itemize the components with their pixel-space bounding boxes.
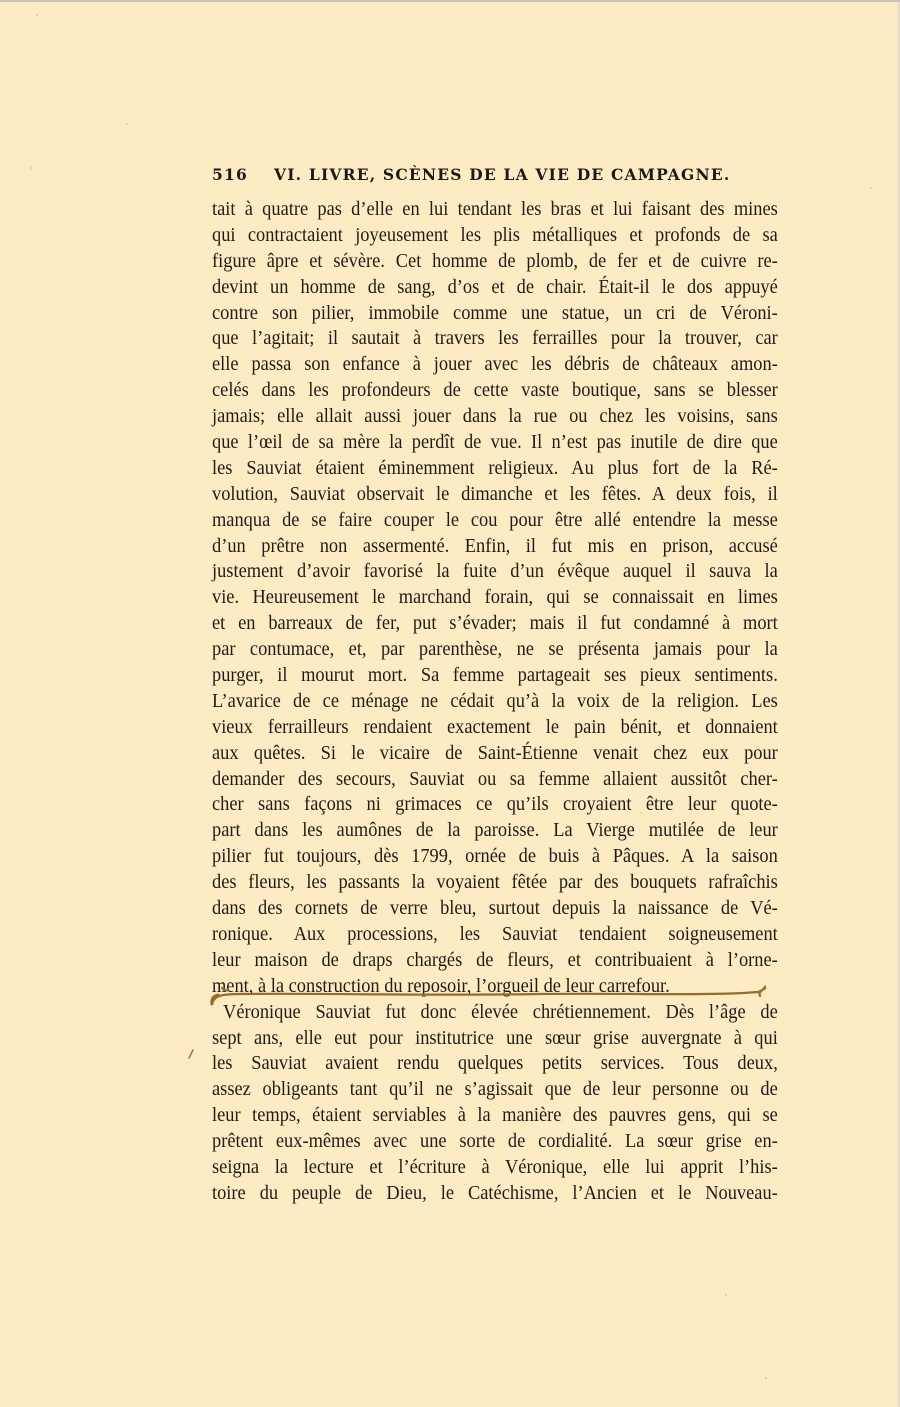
text-line: purger, il mourut mort. Sa femme partage… (212, 663, 778, 689)
text-line: manqua de se faire couper le cou pour êt… (212, 508, 778, 534)
text-line: celés dans les profondeurs de cette vast… (212, 378, 778, 404)
text-line: pilier fut toujours, dès 1799, ornée de … (212, 844, 778, 870)
running-head: 516VI. LIVRE, SCÈNES DE LA VIE DE CAMPAG… (212, 165, 778, 184)
pencil-underline-annotation (210, 984, 770, 1006)
text-line: leur maison de draps chargés de fleurs, … (212, 948, 778, 974)
text-line: jamais; elle allait aussi jouer dans la … (212, 404, 778, 430)
text-line: sept ans, elle eut pour institutrice une… (212, 1026, 778, 1052)
text-line: que l’agitait; il sautait à travers les … (212, 326, 778, 352)
text-line: vieux ferrailleurs rendaient exactement … (212, 715, 778, 741)
text-line: ronique. Aux processions, les Sauviat te… (212, 922, 778, 948)
text-line: des fleurs, les passants la voyaient fêt… (212, 870, 778, 896)
text-line: et en barreaux de fer, put s’évader; mai… (212, 611, 778, 637)
text-line: les Sauviat avaient rendu quelques petit… (212, 1051, 778, 1077)
paper-speck (725, 1294, 727, 1296)
text-line: leur temps, étaient serviables à la mani… (212, 1103, 778, 1129)
text-line: justement d’avoir favorisé la fuite d’un… (212, 559, 778, 585)
text-line: cher sans façons ni grimaces ce qu’ils c… (212, 792, 778, 818)
text-line: part dans les aumônes de la paroisse. La… (212, 818, 778, 844)
paper-speck (126, 123, 128, 125)
text-line: elle passa son enfance à jouer avec les … (212, 352, 778, 378)
text-line: devint un homme de sang, d’os et de chai… (212, 275, 778, 301)
text-line: vie. Heureusement le marchand forain, qu… (212, 585, 778, 611)
text-line: par contumace, et, par parenthèse, ne se… (212, 637, 778, 663)
body-text: tait à quatre pas d’elle en lui tendant … (212, 197, 778, 1207)
text-line: seigna la lecture et l’écriture à Véroni… (212, 1155, 778, 1181)
text-line: que l’œil de sa mère la perdît de vue. I… (212, 430, 778, 456)
text-line: figure âpre et sévère. Cet homme de plom… (212, 249, 778, 275)
paper-speck (765, 1377, 767, 1379)
paper-speck (870, 187, 872, 189)
text-line: tait à quatre pas d’elle en lui tendant … (212, 197, 778, 223)
pencil-margin-tick-icon (187, 1049, 195, 1059)
text-line: prêtent eux-mêmes avec une sorte de cord… (212, 1129, 778, 1155)
paper-speck (30, 167, 32, 169)
text-line: contre son pilier, immobile comme une st… (212, 301, 778, 327)
text-line: toire du peuple de Dieu, le Catéchisme, … (212, 1181, 778, 1207)
paper-speck (36, 14, 38, 16)
text-line: aux quêtes. Si le vicaire de Saint-Étien… (212, 741, 778, 767)
book-page: 516VI. LIVRE, SCÈNES DE LA VIE DE CAMPAG… (0, 0, 900, 1407)
text-line: L’avarice de ce ménage ne cédait qu’à la… (212, 689, 778, 715)
text-line: les Sauviat étaient éminemment religieux… (212, 456, 778, 482)
text-line: dans des cornets de verre bleu, surtout … (212, 896, 778, 922)
paper-speck (640, 812, 642, 814)
text-line: assez obligeants tant qu’il ne s’agissai… (212, 1077, 778, 1103)
page-number: 516 (212, 165, 274, 184)
text-line: demander des secours, Sauviat ou sa femm… (212, 767, 778, 793)
text-line: volution, Sauviat observait le dimanche … (212, 482, 778, 508)
text-line: qui contractaient joyeusement les plis m… (212, 223, 778, 249)
running-head-title: VI. LIVRE, SCÈNES DE LA VIE DE CAMPAGNE. (274, 165, 730, 184)
text-line: d’un prêtre non assermenté. Enfin, il fu… (212, 534, 778, 560)
